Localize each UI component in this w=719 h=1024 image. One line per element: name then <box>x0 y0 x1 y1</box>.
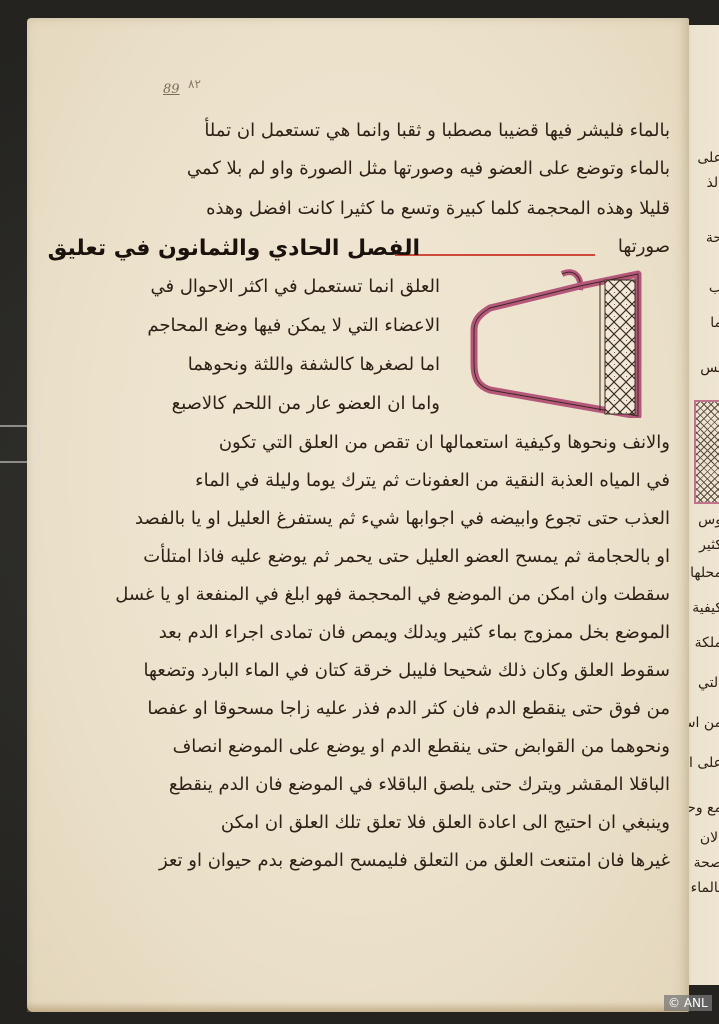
facing-text: كيفية <box>692 600 719 616</box>
text-line: او بالحجامة ثم يمسح العضو العليل حتى يحم… <box>143 546 670 567</box>
text-line: بالماء فليشر فيها قضيبا مصطبا و ثقبا وان… <box>204 120 670 141</box>
folio-number: 89 <box>163 82 180 97</box>
text-line: من فوق حتى ينقطع الدم فان كثر الدم فذر ع… <box>147 698 670 719</box>
text-line: بالماء وتوضع على العضو فيه وصورتها مثل ا… <box>187 158 670 179</box>
text-line: غيرها فان امتنعت العلق من التعلق فليمسح … <box>159 850 670 871</box>
facing-text: بالماء <box>691 880 719 896</box>
facing-text: الذ <box>706 175 719 191</box>
text-line: قليلا وهذه المحجمة كلما كبيرة وتسع ما كث… <box>206 198 670 219</box>
text-line: والانف ونحوها وكيفية استعمالها ان تقص من… <box>219 432 670 453</box>
copyright-watermark: © ANL <box>664 995 712 1011</box>
text-line: سقوط العلق وكان ذلك شحيحا فليبل خرقة كتا… <box>144 660 671 681</box>
text-line: الموضع بخل ممزوج بماء كثير ويدلك ويمص فا… <box>159 622 670 643</box>
facing-text: صحة <box>694 855 719 871</box>
facing-text: كثير <box>699 537 719 553</box>
chapter-heading: الفصل الحادي والثمانون في تعليق <box>48 236 420 261</box>
facing-text: ما <box>710 315 719 331</box>
text-line: ونحوهما من القوابض حتى ينقطع الدم او يوض… <box>173 736 670 757</box>
text-line: صورتها <box>618 236 670 257</box>
facing-text: ب <box>709 280 719 296</box>
text-line: اما لصغرها كالشفة واللثة ونحوهما <box>188 354 440 375</box>
cupping-vessel-illustration <box>470 268 642 418</box>
facing-text: ملكة <box>695 635 719 651</box>
text-line: العذب حتى تجوع وابيضه في اجوابها شيء ثم … <box>135 508 670 529</box>
text-line: واما ان العضو عار من اللحم كالاصبع <box>172 393 440 414</box>
page-clip <box>0 425 40 463</box>
facing-text: التي <box>698 675 719 691</box>
facing-text: الان <box>700 830 719 846</box>
facing-text: حة <box>706 230 719 246</box>
facing-text: وس <box>698 512 719 528</box>
facing-text: بس <box>700 360 719 376</box>
text-line: العلق انما تستعمل في اكثر الاحوال في <box>150 276 440 297</box>
text-line: سقطت وان امكن من الموضع في المحجمة فهو ا… <box>115 584 670 605</box>
text-line: وينبغي ان احتيج الى اعادة العلق فلا تعلق… <box>221 812 670 833</box>
text-line: الاعضاء التي لا يمكن فيها وضع المحاجم <box>147 315 440 336</box>
facing-text: على <box>697 150 719 166</box>
facing-text: محلها <box>690 565 719 581</box>
folio-number-arabic: ٨٢ <box>188 77 201 91</box>
text-line: الباقلا المقشر ويترك حتى يلصق الباقلاء ف… <box>169 774 670 795</box>
text-line: في المياه العذبة النقية من العفونات ثم ي… <box>195 470 670 491</box>
rubric-line <box>395 254 595 256</box>
facing-illustration <box>694 400 719 504</box>
